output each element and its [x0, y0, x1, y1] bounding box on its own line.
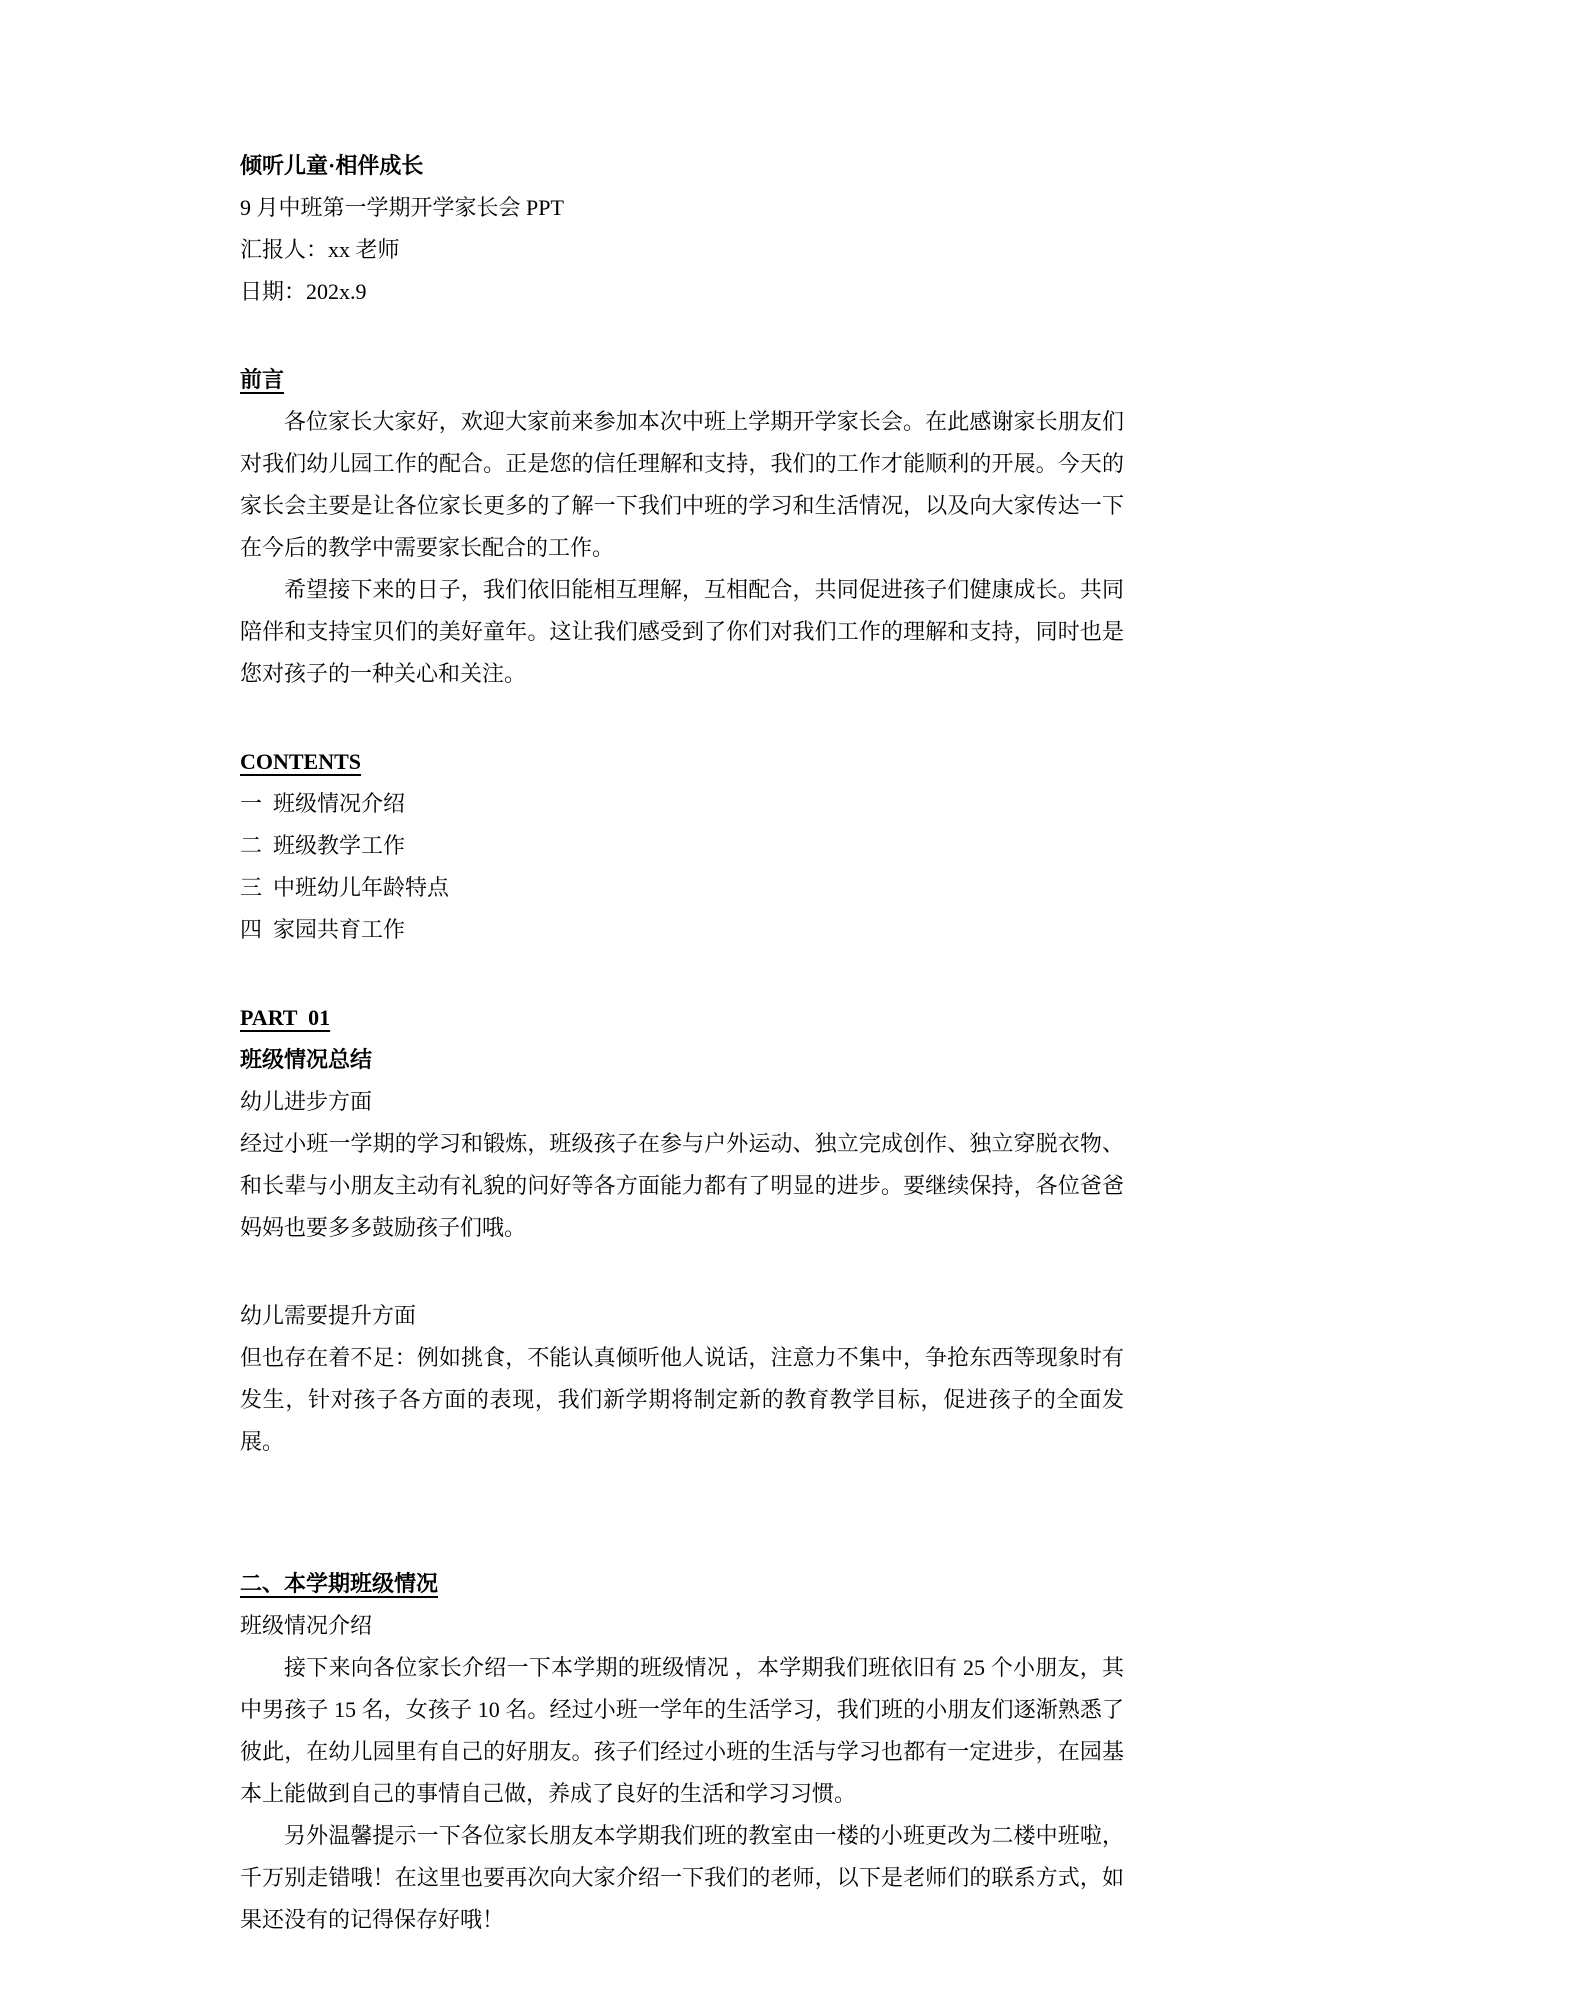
- contents-item-3: 三 中班幼儿年龄特点: [240, 867, 1124, 909]
- doc-title: 倾听儿童·相伴成长: [240, 145, 1124, 187]
- doc-subtitle: 9 月中班第一学期开学家长会 PPT: [240, 187, 1124, 229]
- contents-heading: CONTENTS: [240, 741, 1124, 783]
- preface-paragraph-2: 希望接下来的日子，我们依旧能相互理解，互相配合，共同促进孩子们健康成长。共同陪伴…: [240, 569, 1124, 695]
- section2-subheading: 班级情况介绍: [240, 1605, 1124, 1647]
- part1-subheading: 班级情况总结: [240, 1039, 1124, 1081]
- contents-item-2: 二 班级教学工作: [240, 825, 1124, 867]
- section2-paragraph-1: 接下来向各位家长介绍一下本学期的班级情况 ，本学期我们班依旧有 25 个小朋友，…: [240, 1647, 1124, 1815]
- part1-improve-label: 幼儿需要提升方面: [240, 1295, 1124, 1337]
- section2-heading: 二、本学期班级情况: [240, 1563, 1124, 1605]
- document-page: 倾听儿童·相伴成长 9 月中班第一学期开学家长会 PPT 汇报人：xx 老师 日…: [0, 0, 1587, 2010]
- document-body: 倾听儿童·相伴成长 9 月中班第一学期开学家长会 PPT 汇报人：xx 老师 日…: [240, 145, 1124, 1941]
- part1-improve-text: 但也存在着不足：例如挑食，不能认真倾听他人说话，注意力不集中，争抢东西等现象时有…: [240, 1337, 1124, 1463]
- part1-progress-text: 经过小班一学期的学习和锻炼，班级孩子在参与户外运动、独立完成创作、独立穿脱衣物、…: [240, 1123, 1124, 1249]
- preface-paragraph-1: 各位家长大家好，欢迎大家前来参加本次中班上学期开学家长会。在此感谢家长朋友们对我…: [240, 401, 1124, 569]
- reporter-line: 汇报人：xx 老师: [240, 229, 1124, 271]
- contents-item-4: 四 家园共育工作: [240, 909, 1124, 951]
- part1-heading: PART 01: [240, 997, 1124, 1039]
- part1-progress-label: 幼儿进步方面: [240, 1081, 1124, 1123]
- date-line: 日期：202x.9: [240, 271, 1124, 313]
- preface-heading: 前言: [240, 359, 1124, 401]
- contents-item-1: 一 班级情况介绍: [240, 783, 1124, 825]
- section2-paragraph-2: 另外温馨提示一下各位家长朋友本学期我们班的教室由一楼的小班更改为二楼中班啦，千万…: [240, 1815, 1124, 1941]
